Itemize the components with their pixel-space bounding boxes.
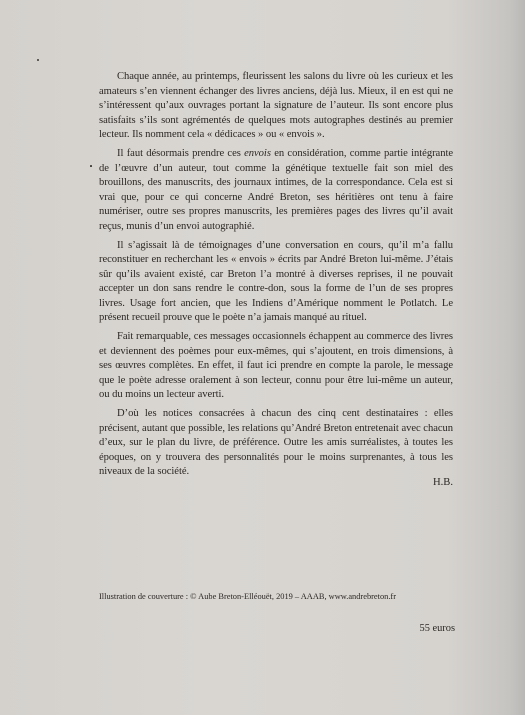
paragraph-2-emphasis: envois — [244, 148, 271, 159]
preface-text: Chaque année, au printemps, fleurissent … — [99, 70, 453, 484]
paragraph-2-after: en considération, comme partie intégrant… — [99, 148, 453, 232]
book-back-cover-page: Chaque année, au printemps, fleurissent … — [0, 0, 525, 715]
paragraph-5: D’où les notices consacrées à chacun des… — [99, 407, 453, 480]
paper-speck — [37, 59, 39, 61]
paragraph-2: Il faut désormais prendre ces envois en … — [99, 147, 453, 234]
price-label: 55 euros — [99, 623, 455, 634]
author-signature: H.B. — [99, 477, 453, 488]
paragraph-4: Fait remarquable, ces messages occasionn… — [99, 330, 453, 403]
paper-speck — [90, 165, 92, 167]
paragraph-3: Il s’agissait là de témoignages d’une co… — [99, 239, 453, 326]
paragraph-2-before: Il faut désormais prendre ces — [117, 148, 244, 159]
paragraph-1: Chaque année, au printemps, fleurissent … — [99, 70, 453, 143]
cover-illustration-credit: Illustration de couverture : © Aube Bret… — [99, 592, 459, 601]
